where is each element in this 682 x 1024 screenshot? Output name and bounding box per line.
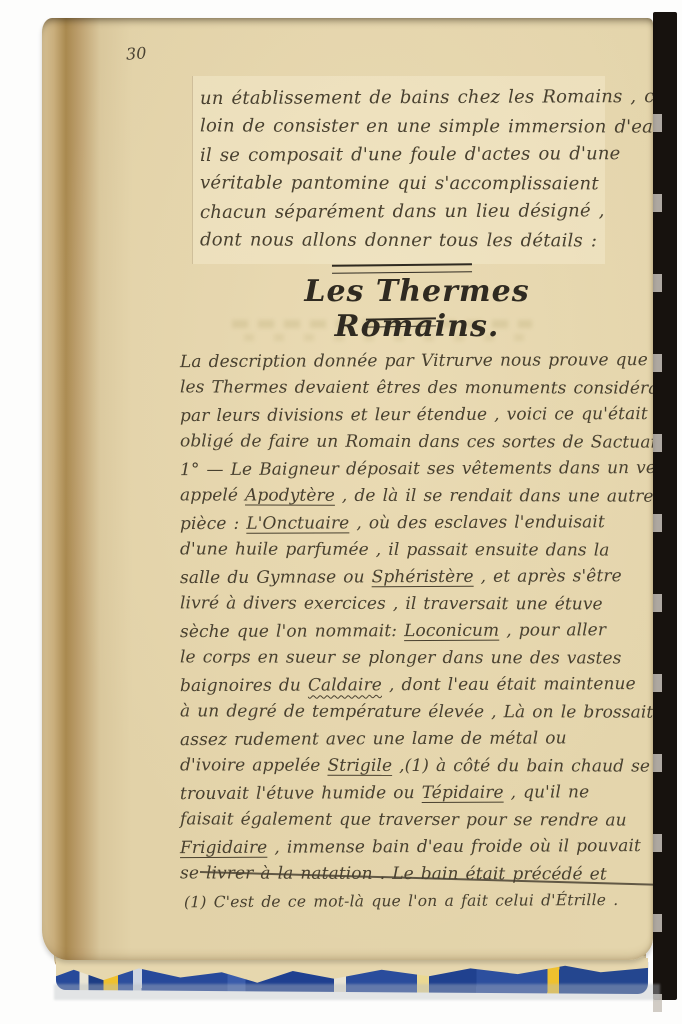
text-segment: à un degré de température élevée , Là on… — [180, 701, 653, 722]
notebook-page: 30 un établissement de bains chez les Ro… — [42, 18, 653, 960]
handwritten-line: dont nous allons donner tous les détails… — [200, 226, 653, 256]
handwritten-line: un établissement de bains chez les Romai… — [200, 83, 653, 114]
handwritten-line: d'une huile parfumée , il passait ensuit… — [180, 536, 653, 564]
handwritten-line: assez rudement avec une lame de métal ou — [180, 725, 653, 754]
scanned-notebook-photo: 30 un établissement de bains chez les Ro… — [0, 0, 682, 1024]
book-spine-film-strip — [653, 12, 677, 1000]
handwritten-line: loin de consister en une simple immersio… — [200, 112, 653, 142]
text-segment: obligé de faire un Romain dans ces sorte… — [180, 431, 653, 452]
title-overline — [332, 263, 472, 273]
text-segment: sèche que l'on nommait: — [180, 621, 404, 642]
handwritten-line: baignoires du Caldaire , dont l'eau étai… — [180, 671, 653, 700]
body-paragraph: La description donnée par Vitrurve nous … — [180, 348, 653, 888]
handwritten-line: trouvait l'étuve humide ou Tépidaire , q… — [180, 779, 653, 808]
underlined-term: Frigidaire — [180, 838, 267, 858]
text-segment: le corps en sueur se plonger dans une de… — [180, 647, 622, 668]
text-segment: , immense bain d'eau froide où il pouvai… — [267, 836, 641, 858]
text-segment: trouvait l'étuve humide ou — [180, 783, 422, 804]
handwritten-line: les Thermes devaient êtres des monuments… — [180, 374, 653, 402]
text-segment: ,(1) à côté du bain chaud se — [392, 756, 650, 777]
handwritten-line: 1° — Le Baigneur déposait ses vêtements … — [180, 455, 653, 484]
text-segment: baignoires du — [180, 676, 308, 697]
handwritten-line: il se composait d'une foule d'actes ou d… — [200, 140, 653, 171]
text-segment: pièce : — [180, 514, 246, 534]
underlined-term: Apodytère — [245, 486, 335, 506]
text-segment: les Thermes devaient êtres des monuments… — [180, 377, 653, 398]
handwritten-line: par leurs divisions et leur étendue , vo… — [180, 401, 653, 430]
text-segment: d'ivoire appelée — [180, 755, 328, 775]
underlined-term: Tépidaire — [422, 783, 504, 803]
section-title-block: Les Thermes Romains. — [222, 262, 612, 344]
handwritten-line: salle du Gymnase ou Sphéristère , et apr… — [180, 563, 653, 592]
text-segment: La description donnée par Vitrurve nous … — [180, 350, 648, 372]
handwritten-line: La description donnée par Vitrurve nous … — [180, 347, 653, 376]
underlined-term: Caldaire — [308, 675, 382, 695]
handwritten-line: véritable pantomine qui s'accomplissaien… — [200, 169, 653, 199]
handwritten-line: à un degré de température élevée , Là on… — [180, 698, 653, 726]
handwritten-line: obligé de faire un Romain dans ces sorte… — [180, 428, 653, 456]
text-segment: , dont l'eau était maintenue — [382, 674, 636, 695]
handwritten-line: Frigidaire , immense bain d'eau froide o… — [180, 833, 653, 862]
text-segment: , et après s'être — [474, 566, 622, 587]
underlined-term: Strigile — [327, 756, 392, 776]
text-segment: , de là il se rendait dans une autre — [335, 486, 653, 507]
text-segment: faisait également que traverser pour se … — [180, 809, 627, 830]
handwritten-line: d'ivoire appelée Strigile ,(1) à côté du… — [180, 752, 653, 780]
underlined-term: L'Onctuaire — [246, 513, 349, 533]
text-segment: assez rudement avec une lame de métal ou — [180, 728, 567, 750]
handwritten-line: le corps en sueur se plonger dans une de… — [180, 644, 653, 672]
text-segment: 1° — Le Baigneur déposait ses vêtements … — [180, 458, 653, 480]
title-underline — [366, 317, 436, 327]
text-segment: , où des esclaves l'enduisait — [349, 512, 605, 533]
handwritten-line: livré à divers exercices , il traversait… — [180, 590, 653, 618]
handwritten-line: appelé Apodytère , de là il se rendait d… — [180, 482, 653, 510]
intro-paragraph: un établissement de bains chez les Romai… — [200, 84, 653, 256]
text-segment: , pour aller — [499, 620, 606, 640]
text-segment: salle du Gymnase ou — [180, 567, 372, 588]
text-segment: d'une huile parfumée , il passait ensuit… — [180, 539, 610, 560]
handwritten-line: chacun séparément dans un lieu désigné , — [200, 197, 653, 228]
page-number: 30 — [125, 43, 147, 63]
handwritten-line: pièce : L'Onctuaire , où des esclaves l'… — [180, 509, 653, 538]
handwritten-line: faisait également que traverser pour se … — [180, 806, 653, 834]
footnote: (1) C'est de ce mot-là que l'on a fait c… — [184, 891, 653, 912]
text-segment: par leurs divisions et leur étendue , vo… — [180, 404, 648, 426]
under-page-shadow — [54, 984, 660, 1000]
handwritten-line: sèche que l'on nommait: Loconicum , pour… — [180, 617, 653, 646]
text-segment: , qu'il ne — [504, 782, 590, 802]
section-title: Les Thermes Romains. — [222, 274, 612, 344]
text-segment: livré à divers exercices , il traversait… — [180, 593, 603, 614]
text-segment: appelé — [180, 485, 245, 505]
underlined-term: Loconicum — [404, 621, 499, 641]
handwritten-line: se livrer à la natation . Le bain était … — [180, 860, 653, 888]
underlined-term: Sphéristère — [372, 567, 474, 587]
